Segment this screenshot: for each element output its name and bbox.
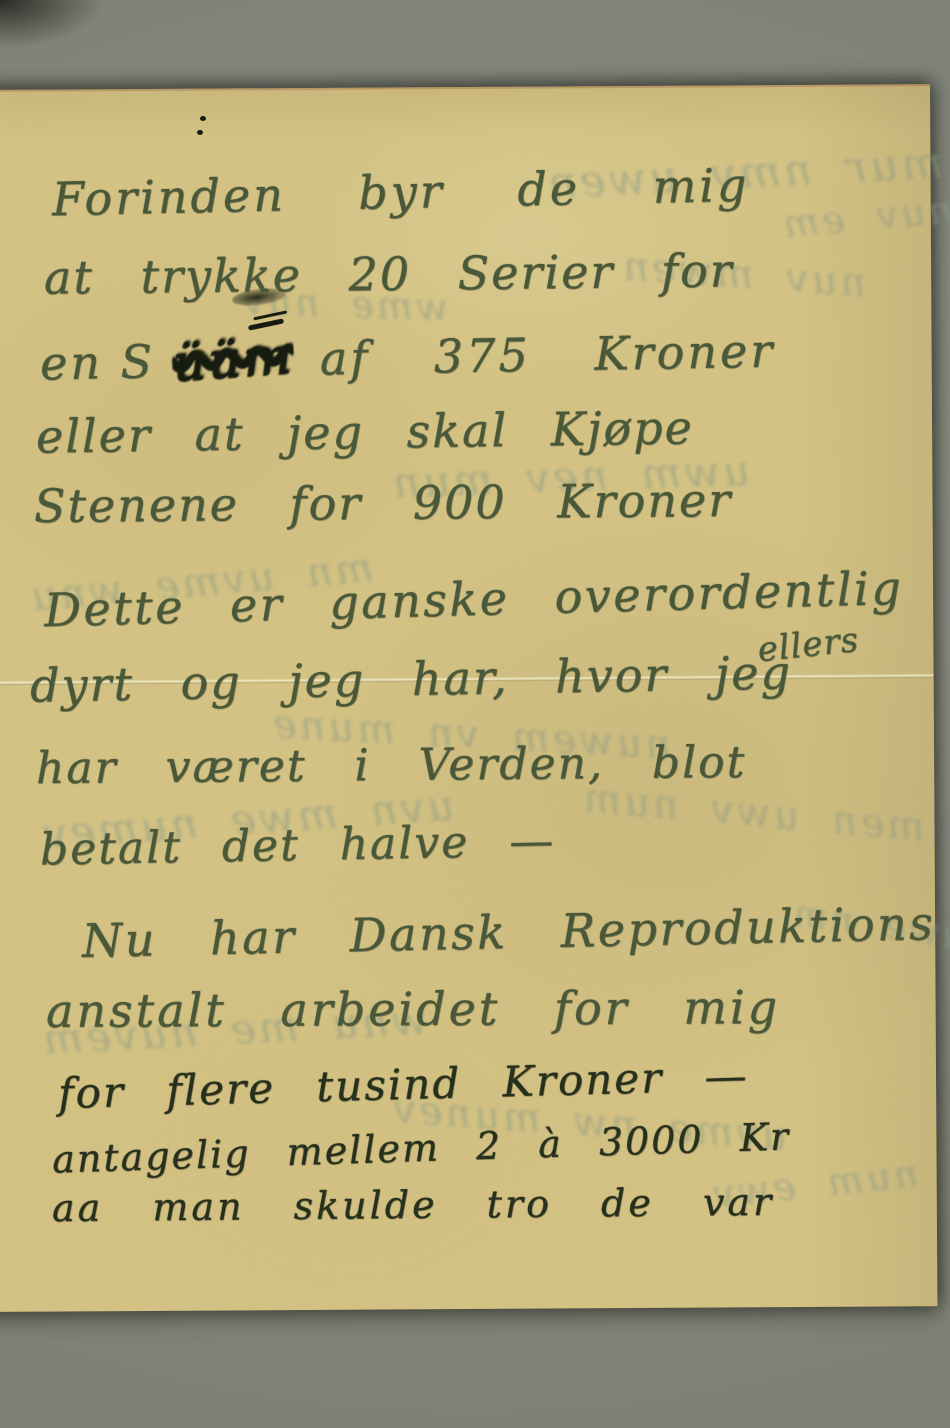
letter-line: Nu har Dansk Reproduktions — [82, 896, 936, 968]
crossed-out-word: üüm — [171, 326, 296, 392]
letter-line: antagelig mellem 2 à 3000 Kr — [51, 1114, 790, 1181]
letter-line: anstalt arbeidet for mig — [46, 980, 780, 1038]
photo-backdrop: mur nmv uwen nuv em wme nuv nuv mwen uwm… — [0, 0, 950, 1428]
handwriting-layer: Forinden byr de mig at trykke 20 Serier … — [0, 0, 950, 1428]
letter-line: for flere tusind Kroner — — [57, 1051, 749, 1118]
ink-dots-mark — [200, 116, 206, 121]
letter-line: Forinden byr de mig — [52, 158, 750, 227]
letter-line-segment: en S — [40, 334, 156, 390]
letter-line: en Süümaf 375 Kroner — [40, 321, 776, 392]
letter-line: eller at jeg skal Kjøpe — [36, 400, 694, 463]
letter-line: Stenene for 900 Kroner — [34, 473, 733, 533]
letter-line: har været i Verden, blot — [36, 737, 747, 794]
letter-line-segment: dyrt og jeg har, hvor jeg — [30, 645, 793, 712]
letter-line: betalt det halve — — [40, 816, 556, 876]
letter-line: dyrt og jeg har, hvor jeg ellers — [30, 645, 793, 712]
letter-line-segment: af 375 Kroner — [319, 324, 775, 386]
letter-line: at trykke 20 Serier for — [44, 243, 734, 304]
letter-line: aa man skulde tro de var — [52, 1180, 775, 1230]
inserted-word: ellers — [756, 620, 861, 670]
letter-line: Dette er ganske overordentlig — [43, 561, 903, 637]
